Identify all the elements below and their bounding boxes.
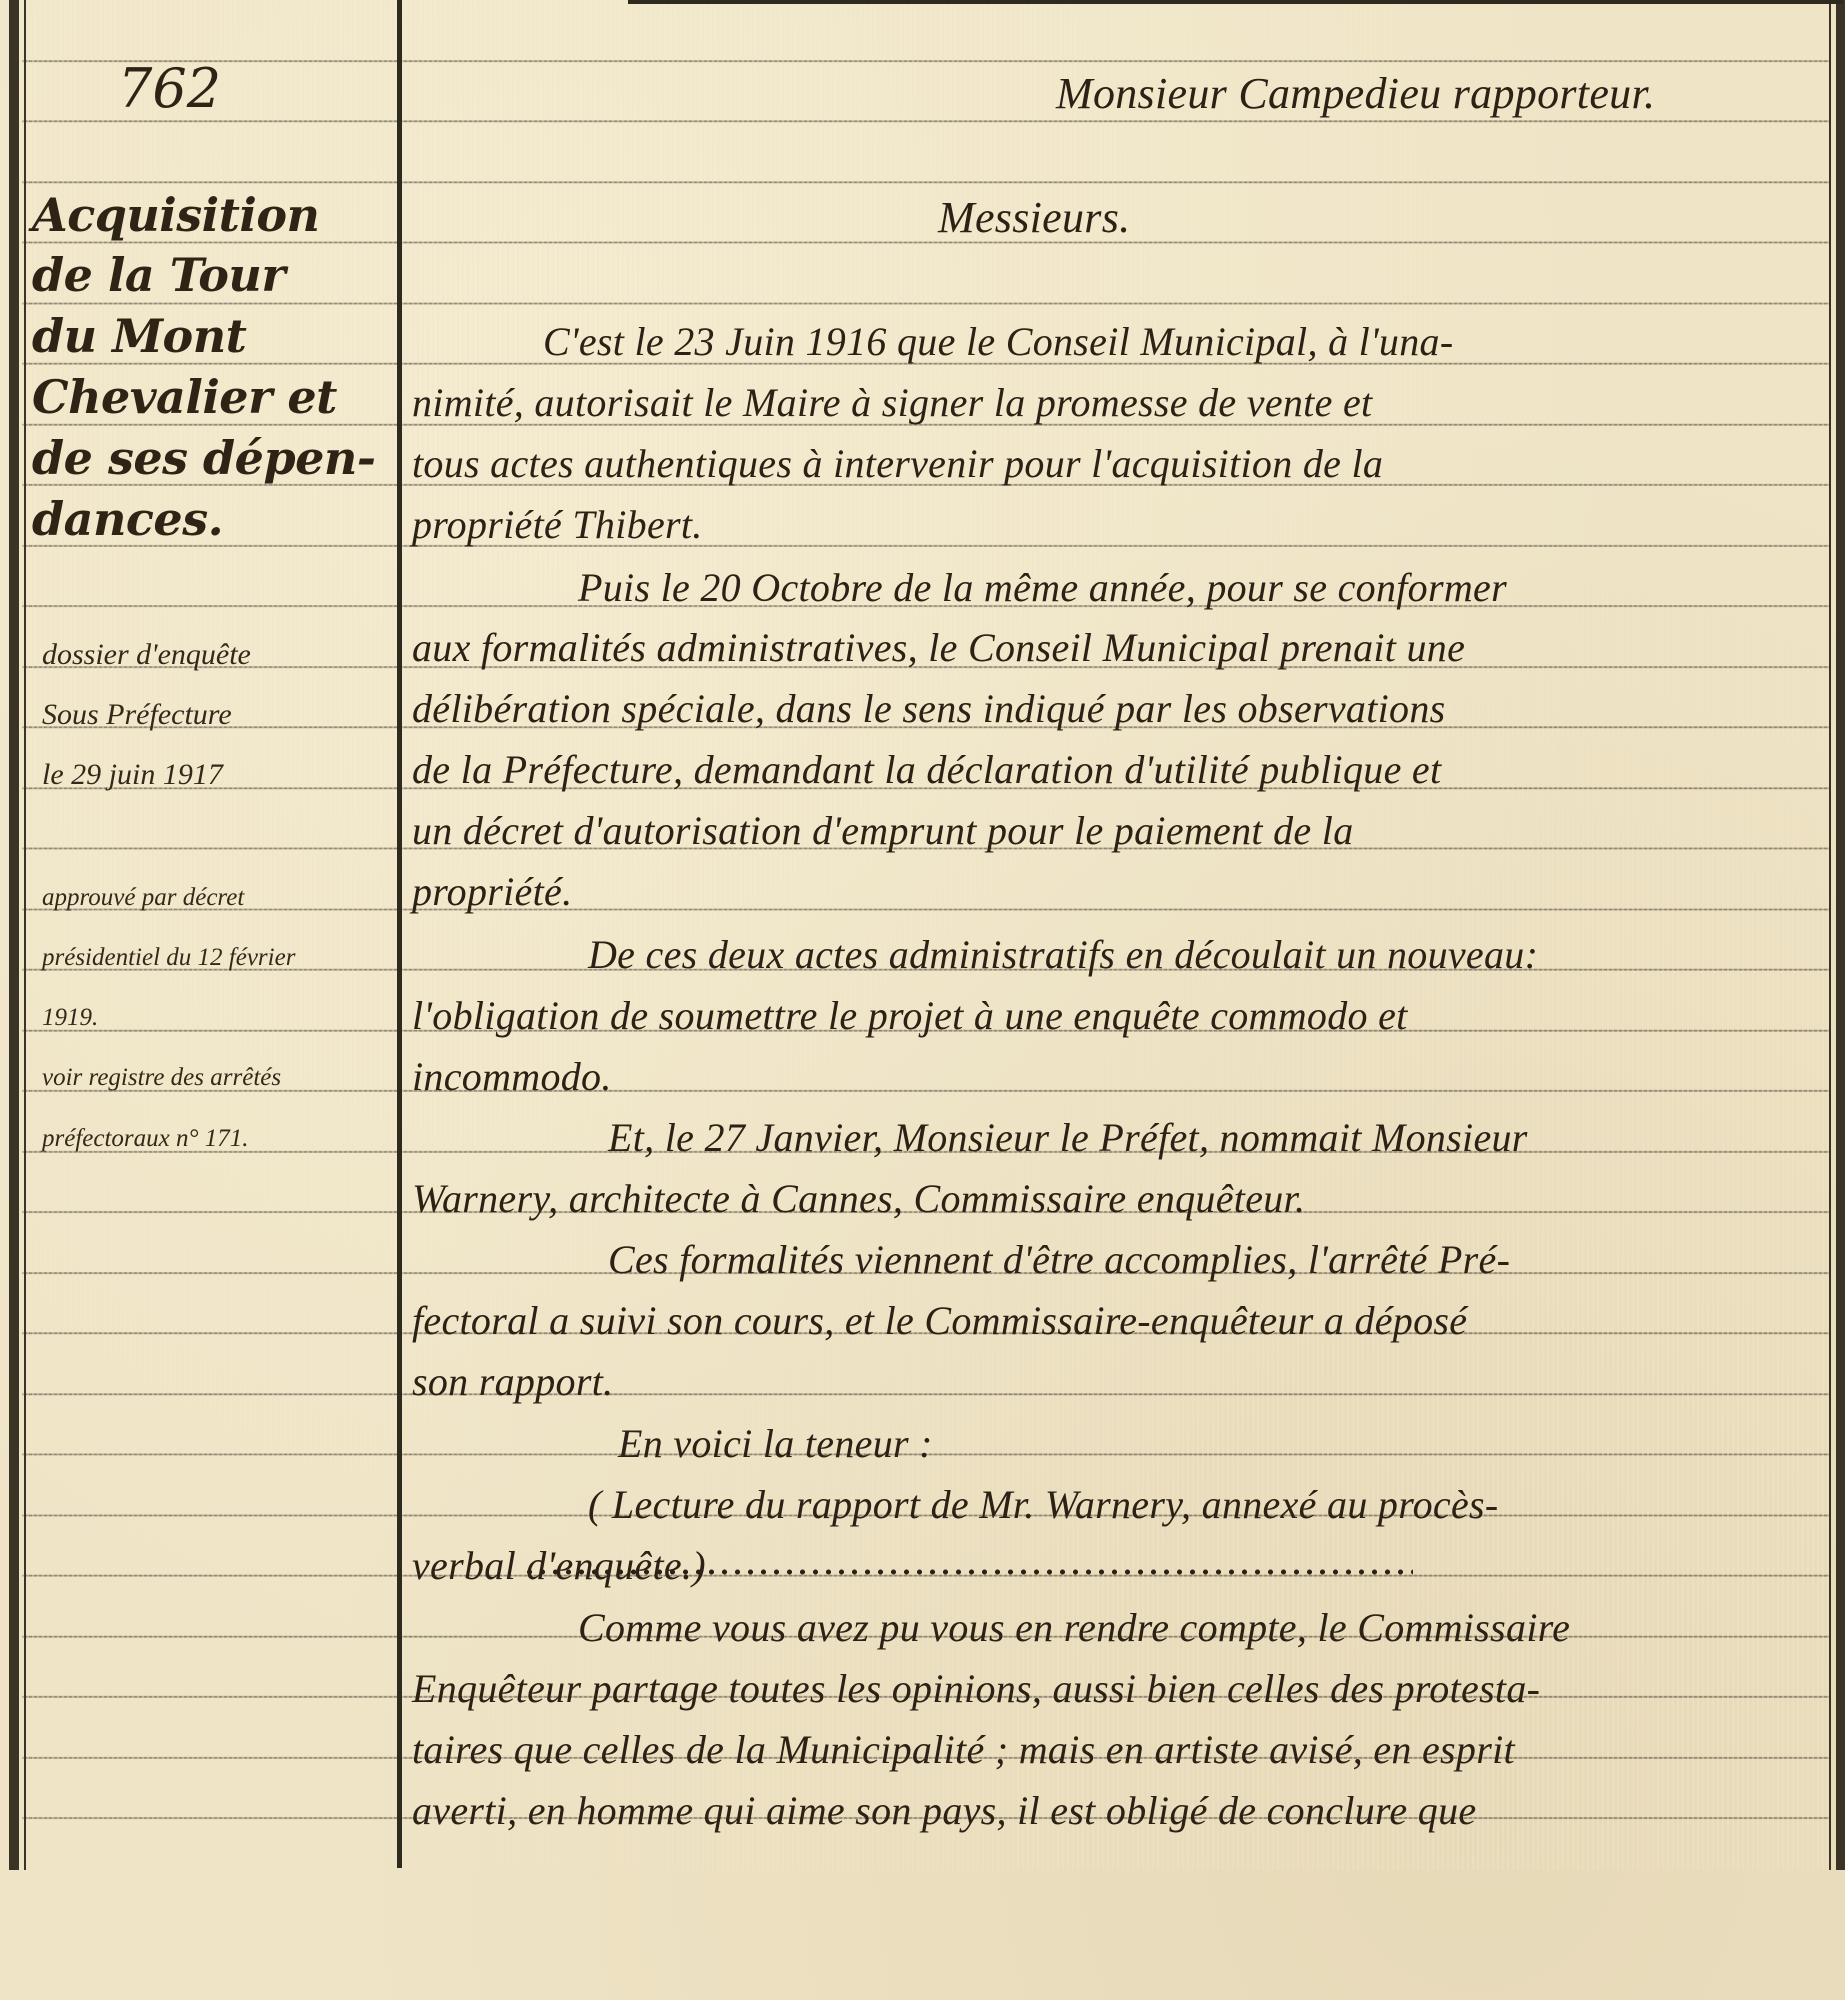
body-line: propriété Thibert. bbox=[412, 505, 703, 545]
body-line: Enquêteur partage toutes les opinions, a… bbox=[412, 1669, 1540, 1709]
left-border-thin bbox=[24, 0, 26, 1870]
margin-note-line: dossier d'enquête bbox=[42, 640, 251, 670]
body-line: son rapport. bbox=[412, 1362, 613, 1402]
body-line: De ces deux actes administratifs en déco… bbox=[588, 935, 1538, 975]
margin-approval-line: approuvé par décret bbox=[42, 885, 244, 910]
margin-approval-line: préfectoraux n° 171. bbox=[42, 1126, 248, 1151]
top-rule bbox=[628, 0, 1843, 4]
rapporteur-heading: Monsieur Campedieu rapporteur. bbox=[1056, 72, 1655, 116]
margin-approval-line: 1919. bbox=[42, 1005, 98, 1030]
body-line: délibération spéciale, dans le sens indi… bbox=[412, 689, 1446, 729]
body-line: fectoral a suivi son cours, et le Commis… bbox=[412, 1301, 1467, 1341]
register-page: 762 Acquisition de la Tour du Mont Cheva… bbox=[0, 0, 1845, 2000]
margin-title-line: de ses dépen- bbox=[32, 435, 375, 481]
margin-note-line: le 29 juin 1917 bbox=[42, 760, 223, 790]
margin-title-line: de la Tour bbox=[32, 252, 285, 298]
body-line: Comme vous avez pu vous en rendre compte… bbox=[578, 1608, 1570, 1648]
body-line: Warnery, architecte à Cannes, Commissair… bbox=[412, 1179, 1305, 1219]
salutation: Messieurs. bbox=[938, 196, 1130, 240]
right-border-thin bbox=[1829, 0, 1831, 1870]
entry-number: 762 bbox=[118, 62, 221, 116]
body-line: En voici la teneur : bbox=[618, 1424, 933, 1464]
body-line: propriété. bbox=[412, 872, 572, 912]
dotted-leader bbox=[523, 1568, 1413, 1576]
margin-approval-line: présidentiel du 12 février bbox=[42, 945, 295, 970]
margin-title-line: dances. bbox=[32, 496, 223, 542]
body-line: verbal d'enquête.) bbox=[412, 1546, 706, 1586]
margin-divider bbox=[397, 0, 402, 1868]
body-line: incommodo. bbox=[412, 1057, 612, 1097]
body-line: l'obligation de soumettre le projet à un… bbox=[412, 996, 1408, 1036]
margin-title-line: Acquisition bbox=[32, 192, 320, 238]
body-line: C'est le 23 Juin 1916 que le Conseil Mun… bbox=[543, 322, 1453, 362]
body-line: aux formalités administratives, le Conse… bbox=[412, 628, 1465, 668]
body-line: de la Préfecture, demandant la déclarati… bbox=[412, 750, 1441, 790]
margin-note-line: Sous Préfecture bbox=[42, 700, 232, 730]
body-line: Puis le 20 Octobre de la même année, pou… bbox=[578, 568, 1507, 608]
left-border bbox=[9, 0, 19, 1870]
body-line: taires que celles de la Municipalité ; m… bbox=[412, 1730, 1515, 1770]
body-line: Ces formalités viennent d'être accomplie… bbox=[608, 1240, 1510, 1280]
margin-approval-line: voir registre des arrêtés bbox=[42, 1065, 281, 1090]
body-line: nimité, autorisait le Maire à signer la … bbox=[412, 383, 1372, 423]
body-line: tous actes authentiques à intervenir pou… bbox=[412, 444, 1383, 484]
margin-title-line: du Mont bbox=[32, 313, 246, 359]
right-border bbox=[1836, 0, 1845, 1870]
body-line: Et, le 27 Janvier, Monsieur le Préfet, n… bbox=[608, 1118, 1528, 1158]
margin-title-line: Chevalier et bbox=[32, 374, 337, 420]
body-line: un décret d'autorisation d'emprunt pour … bbox=[412, 811, 1354, 851]
body-line: averti, en homme qui aime son pays, il e… bbox=[412, 1791, 1476, 1831]
body-line: ( Lecture du rapport de Mr. Warnery, ann… bbox=[588, 1485, 1499, 1525]
